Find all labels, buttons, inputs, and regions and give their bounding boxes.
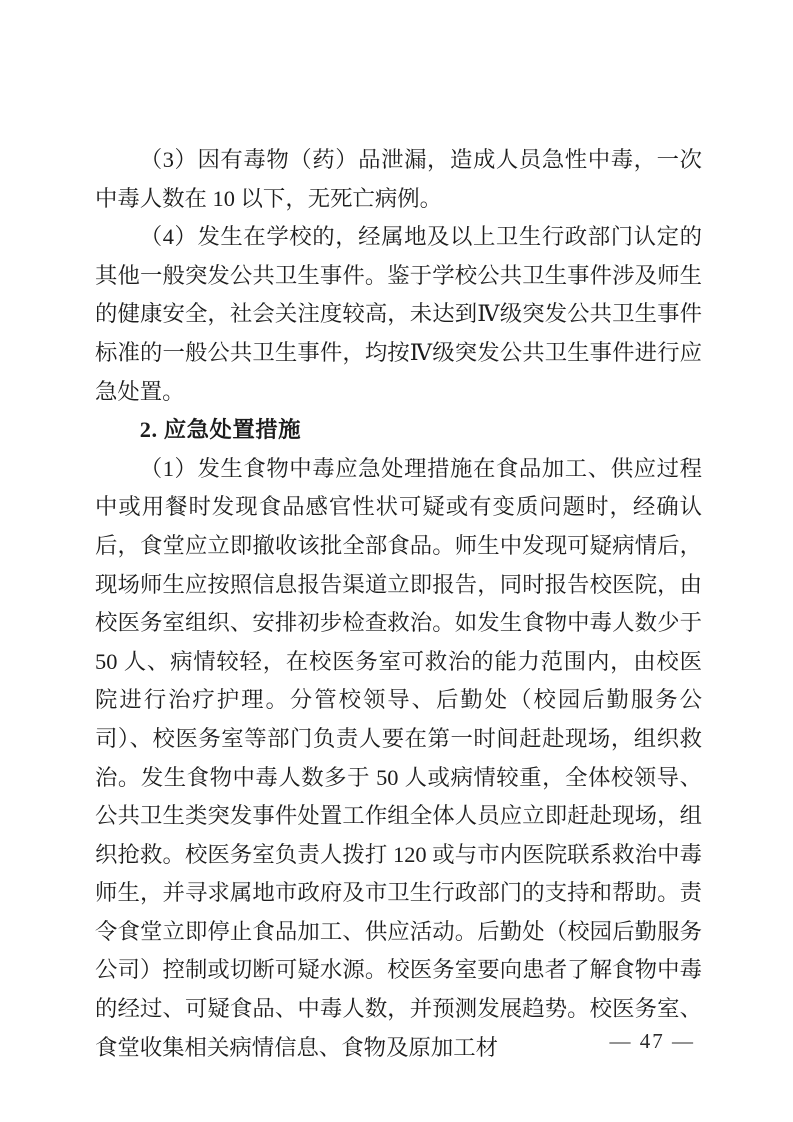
paragraph-clause-1: （1）发生食物中毒应急处理措施在食品加工、供应过程中或用餐时发现食品感官性状可疑… — [95, 450, 702, 1068]
paragraph-clause-4: （4）发生在学校的，经属地及以上卫生行政部门认定的其他一般突发公共卫生事件。鉴于… — [95, 218, 702, 411]
document-page: （3）因有毒物（药）品泄漏，造成人员急性中毒，一次中毒人数在 10 以下，无死亡… — [0, 0, 793, 1122]
paragraph-clause-3: （3）因有毒物（药）品泄漏，造成人员急性中毒，一次中毒人数在 10 以下，无死亡… — [95, 141, 702, 218]
section-heading-emergency-measures: 2. 应急处置措施 — [95, 411, 702, 450]
page-number: — 47 — — [610, 1026, 696, 1056]
document-body: （3）因有毒物（药）品泄漏，造成人员急性中毒，一次中毒人数在 10 以下，无死亡… — [95, 141, 702, 1067]
